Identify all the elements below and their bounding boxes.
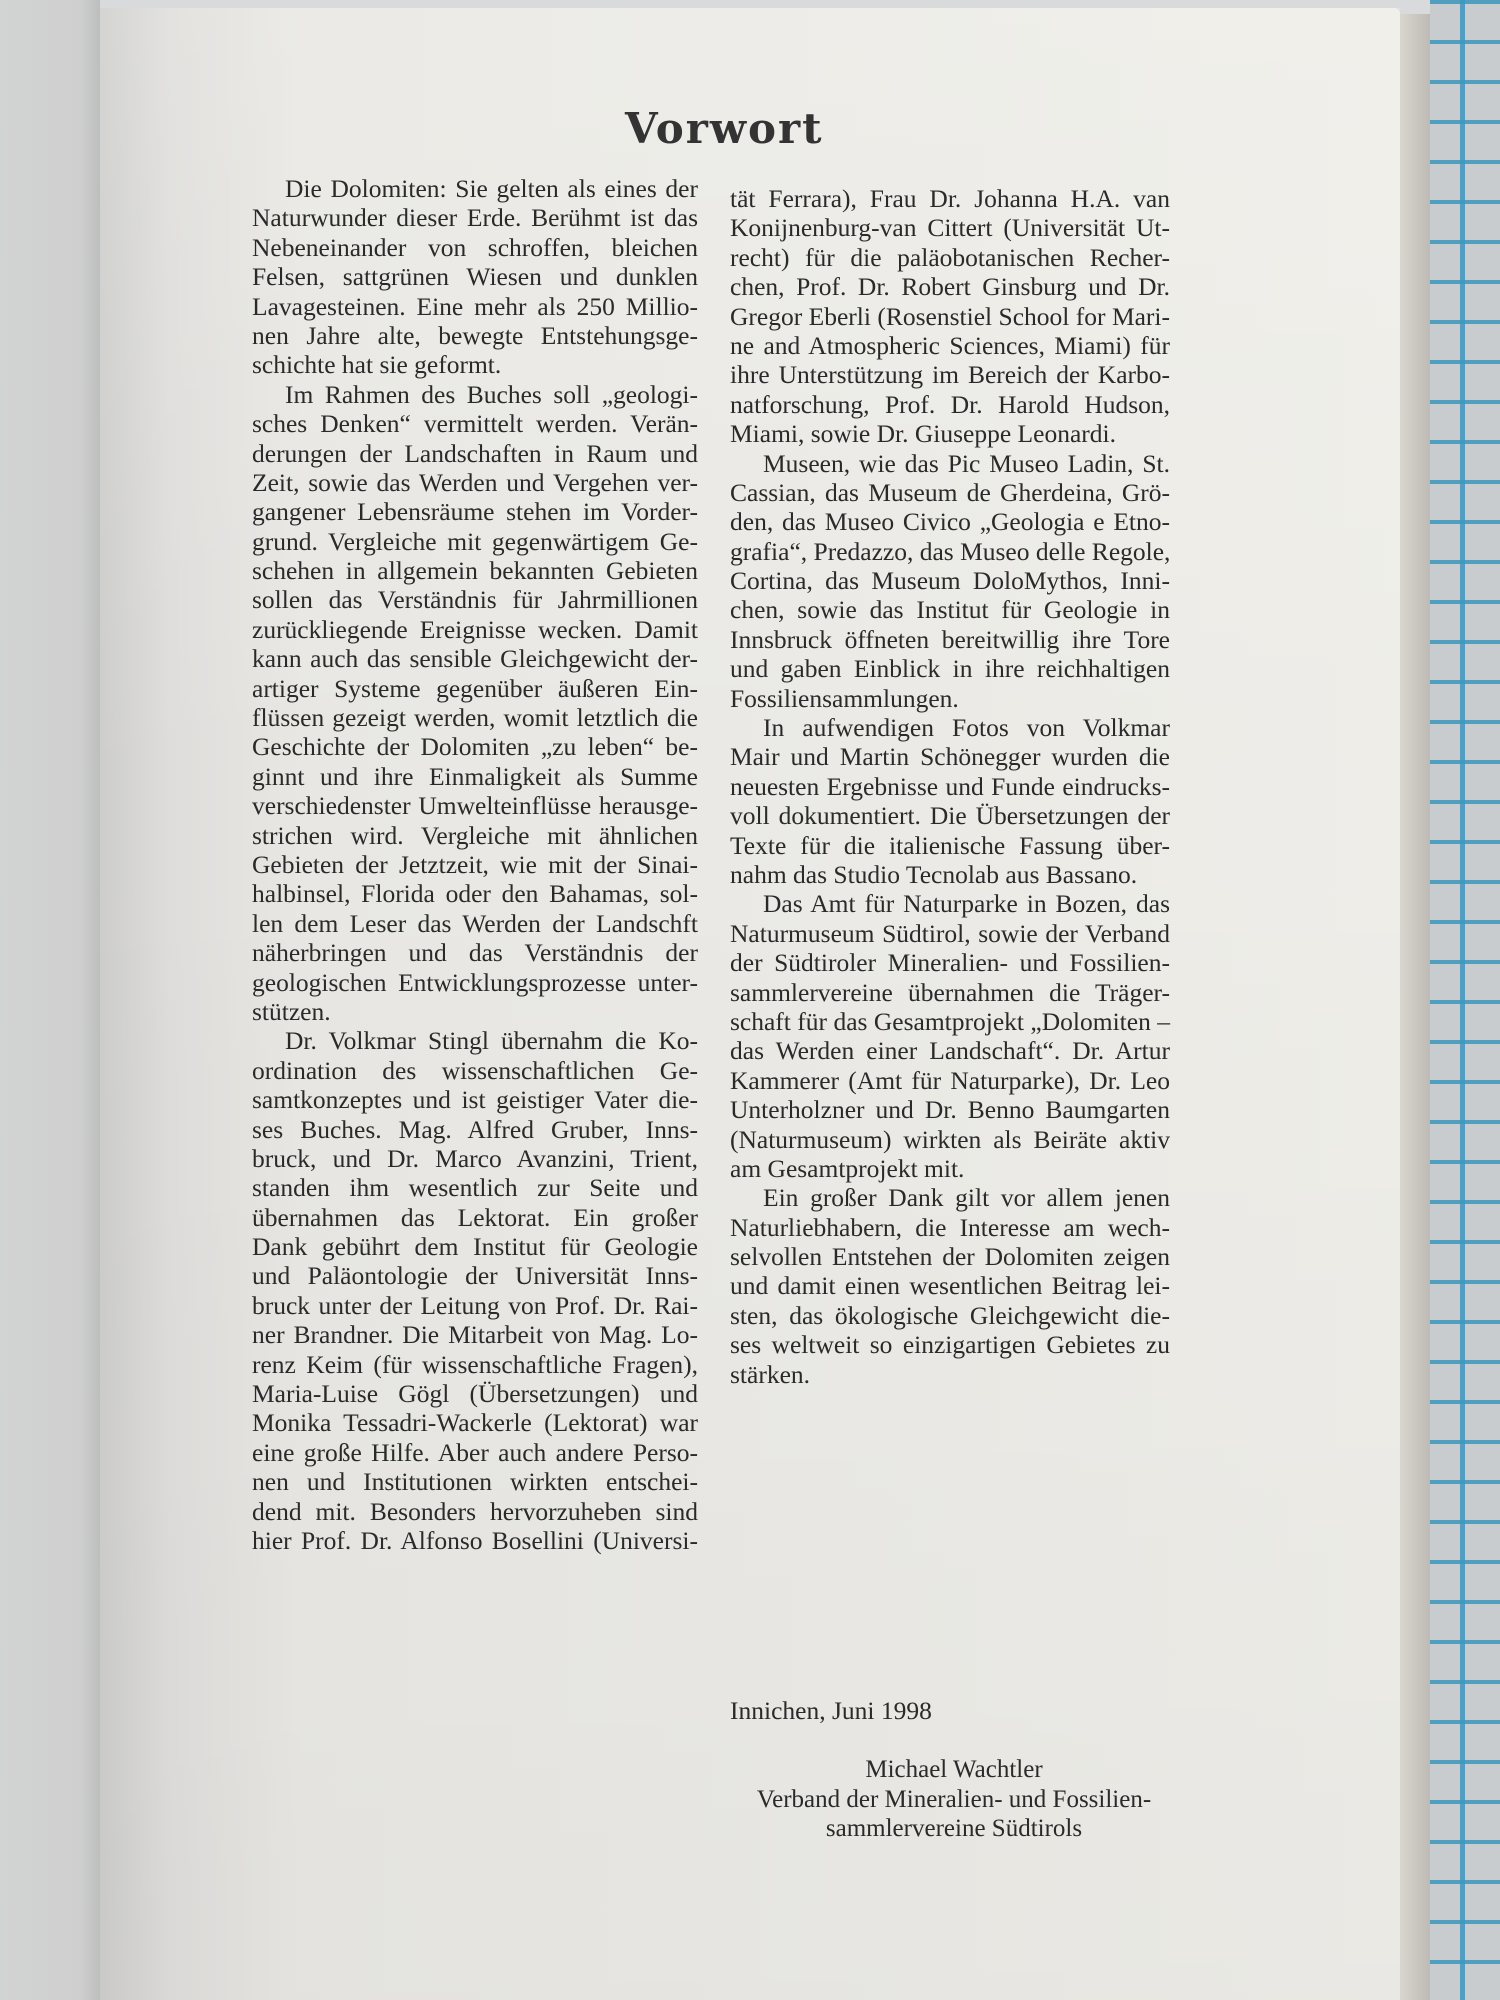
text-line: und Paläontologie der Universität Inns-: [252, 1261, 698, 1290]
text-line: Naturmuseum Südtirol, sowie der Verband: [730, 919, 1170, 948]
text-line: Naturwunder dieser Erde. Berühmt ist das: [252, 203, 698, 232]
text-line: Felsen, sattgrünen Wiesen und dunklen: [252, 262, 698, 291]
cutting-mat-background: [1430, 0, 1500, 2000]
text-line: ihre Unterstützung im Bereich der Karbo-: [730, 360, 1170, 389]
page-edge: [1400, 14, 1434, 2000]
text-line: selvollen Entstehen der Dolomiten zeigen: [730, 1242, 1170, 1271]
text-line: Innsbruck öffneten bereitwillig ihre Tor…: [730, 625, 1170, 654]
text-line: Lavagesteinen. Eine mehr als 250 Millio-: [252, 292, 698, 321]
text-line: stützen.: [252, 997, 698, 1026]
text-line: strichen wird. Vergleiche mit ähnlichen: [252, 821, 698, 850]
author-organization-line-1: Verband der Mineralien- und Fossilien-: [730, 1785, 1178, 1815]
text-line: schehen in allgemein bekannten Gebieten: [252, 556, 698, 585]
text-line: ner Brandner. Die Mitarbeit von Mag. Lo-: [252, 1320, 698, 1349]
text-line: Texte für die italienische Fassung über-: [730, 831, 1170, 860]
text-line: Dank gebührt dem Institut für Geologie: [252, 1232, 698, 1261]
text-line: und damit einen wesentlichen Beitrag lei…: [730, 1271, 1170, 1300]
text-line: Die Dolomiten: Sie gelten als eines der: [252, 174, 698, 203]
text-line: Monika Tessadri-Wackerle (Lektorat) war: [252, 1408, 698, 1437]
text-line: ginnt und ihre Einmaligkeit als Summe: [252, 762, 698, 791]
text-line: Im Rahmen des Buches soll „geologi-: [252, 380, 698, 409]
text-line: näherbringen und das Verständnis der: [252, 938, 698, 967]
text-line: artiger Systeme gegenüber äußeren Ein-: [252, 674, 698, 703]
previous-page-curl: [0, 0, 100, 2000]
text-line: Mair und Martin Schönegger wurden die: [730, 742, 1170, 771]
text-line: Cassian, das Museum de Gherdeina, Grö-: [730, 478, 1170, 507]
text-line: derungen der Landschaften in Raum und: [252, 439, 698, 468]
book-page: Vorwort Die Dolomiten: Sie gelten als ei…: [100, 8, 1400, 2000]
text-line: gangener Lebensräume stehen im Vorder-: [252, 497, 698, 526]
text-line: Ein großer Dank gilt vor allem jenen: [730, 1183, 1170, 1212]
text-line: der Südtiroler Mineralien- und Fossilien…: [730, 948, 1170, 977]
text-line: (Naturmuseum) wirkten als Beiräte aktiv: [730, 1125, 1170, 1154]
text-line: Das Amt für Naturparke in Bozen, das: [730, 889, 1170, 918]
text-line: stärken.: [730, 1360, 1170, 1389]
text-line: kann auch das sensible Gleichgewicht der…: [252, 644, 698, 673]
text-line: Nebeneinander von schroffen, bleichen: [252, 233, 698, 262]
text-line: Miami, sowie Dr. Giuseppe Leonardi.: [730, 419, 1170, 448]
text-line: Naturliebhabern, die Interesse am wech-: [730, 1213, 1170, 1242]
text-line: voll dokumentiert. Die Übersetzungen der: [730, 801, 1170, 830]
text-line: ses weltweit so einzigartigen Gebietes z…: [730, 1330, 1170, 1359]
text-line: ne and Atmospheric Sciences, Miami) für: [730, 331, 1170, 360]
left-column: Die Dolomiten: Sie gelten als eines derN…: [252, 174, 698, 1555]
page-title: Vorwort: [625, 104, 824, 153]
text-line: Geschichte der Dolomiten „zu leben“ be-: [252, 732, 698, 761]
text-line: Zeit, sowie das Werden und Vergehen ver-: [252, 468, 698, 497]
text-line: recht) für die paläobotanischen Recher-: [730, 243, 1170, 272]
text-line: ses Buches. Mag. Alfred Gruber, Inns-: [252, 1115, 698, 1144]
text-line: Konijnenburg-van Cittert (Universität Ut…: [730, 213, 1170, 242]
text-line: grafia“, Predazzo, das Museo delle Regol…: [730, 537, 1170, 566]
text-line: zurückliegende Ereignisse wecken. Damit: [252, 615, 698, 644]
author-name: Michael Wachtler: [730, 1755, 1178, 1785]
text-line: schichte hat sie geformt.: [252, 350, 698, 379]
text-line: das Werden einer Landschaft“. Dr. Artur: [730, 1036, 1170, 1065]
text-line: Gebieten der Jetztzeit, wie mit der Sina…: [252, 850, 698, 879]
text-line: Fossiliensammlungen.: [730, 684, 1170, 713]
text-line: Gregor Eberli (Rosenstiel School for Mar…: [730, 302, 1170, 331]
text-line: eine große Hilfe. Aber auch andere Perso…: [252, 1438, 698, 1467]
text-line: flüssen gezeigt werden, womit letztlich …: [252, 703, 698, 732]
text-line: am Gesamtprojekt mit.: [730, 1154, 1170, 1183]
text-line: natforschung, Prof. Dr. Harold Hudson,: [730, 390, 1170, 419]
text-line: nen Jahre alte, bewegte Entstehungsge-: [252, 321, 698, 350]
text-line: sten, das ökologische Gleichgewicht die-: [730, 1301, 1170, 1330]
text-line: In aufwendigen Fotos von Volkmar: [730, 713, 1170, 742]
text-line: und gaben Einblick in ihre reichhaltigen: [730, 654, 1170, 683]
text-line: Cortina, das Museum DoloMythos, Inni-: [730, 566, 1170, 595]
text-line: len dem Leser das Werden der Landschft: [252, 909, 698, 938]
text-line: verschiedenster Umwelteinflüsse herausge…: [252, 791, 698, 820]
text-line: nen und Institutionen wirkten entschei-: [252, 1467, 698, 1496]
text-line: tät Ferrara), Frau Dr. Johanna H.A. van: [730, 184, 1170, 213]
text-line: geologischen Entwicklungsprozesse unter-: [252, 968, 698, 997]
text-line: Museen, wie das Pic Museo Ladin, St.: [730, 449, 1170, 478]
text-line: sammlervereine übernahmen die Träger-: [730, 978, 1170, 1007]
text-line: übernahmen das Lektorat. Ein großer: [252, 1203, 698, 1232]
text-line: samtkonzeptes und ist geistiger Vater di…: [252, 1085, 698, 1114]
text-line: Dr. Volkmar Stingl übernahm die Ko-: [252, 1026, 698, 1055]
text-line: neuesten Ergebnisse und Funde eindrucks-: [730, 772, 1170, 801]
text-line: Kammerer (Amt für Naturparke), Dr. Leo: [730, 1066, 1170, 1095]
text-line: standen ihm wesentlich zur Seite und: [252, 1173, 698, 1202]
text-line: ordination des wissenschaftlichen Ge-: [252, 1056, 698, 1085]
text-line: Unterholzner und Dr. Benno Baumgarten: [730, 1095, 1170, 1124]
text-line: chen, sowie das Institut für Geologie in: [730, 595, 1170, 624]
text-line: chen, Prof. Dr. Robert Ginsburg und Dr.: [730, 272, 1170, 301]
text-line: sches Denken“ vermittelt werden. Verän-: [252, 409, 698, 438]
text-line: bruck unter der Leitung von Prof. Dr. Ra…: [252, 1291, 698, 1320]
text-line: Maria-Luise Gögl (Übersetzungen) und: [252, 1379, 698, 1408]
text-line: sollen das Verständnis für Jahrmillionen: [252, 585, 698, 614]
right-column: tät Ferrara), Frau Dr. Johanna H.A. vanK…: [730, 184, 1170, 1389]
text-line: renz Keim (für wissenschaftliche Fragen)…: [252, 1350, 698, 1379]
text-line: hier Prof. Dr. Alfonso Bosellini (Univer…: [252, 1526, 698, 1555]
text-line: bruck, und Dr. Marco Avanzini, Trient,: [252, 1144, 698, 1173]
author-organization-line-2: sammlervereine Südtirols: [730, 1814, 1178, 1844]
text-line: dend mit. Besonders hervorzuheben sind: [252, 1497, 698, 1526]
text-line: nahm das Studio Tecnolab aus Bassano.: [730, 860, 1170, 889]
place-and-date: Innichen, Juni 1998: [730, 1696, 932, 1725]
text-line: halbinsel, Florida oder den Bahamas, sol…: [252, 879, 698, 908]
text-line: den, das Museo Civico „Geologia e Etno-: [730, 507, 1170, 536]
text-line: grund. Vergleiche mit gegenwärtigem Ge-: [252, 527, 698, 556]
text-line: schaft für das Gesamtprojekt „Dolomiten …: [730, 1007, 1170, 1036]
signature-block: Michael Wachtler Verband der Mineralien-…: [730, 1755, 1178, 1844]
